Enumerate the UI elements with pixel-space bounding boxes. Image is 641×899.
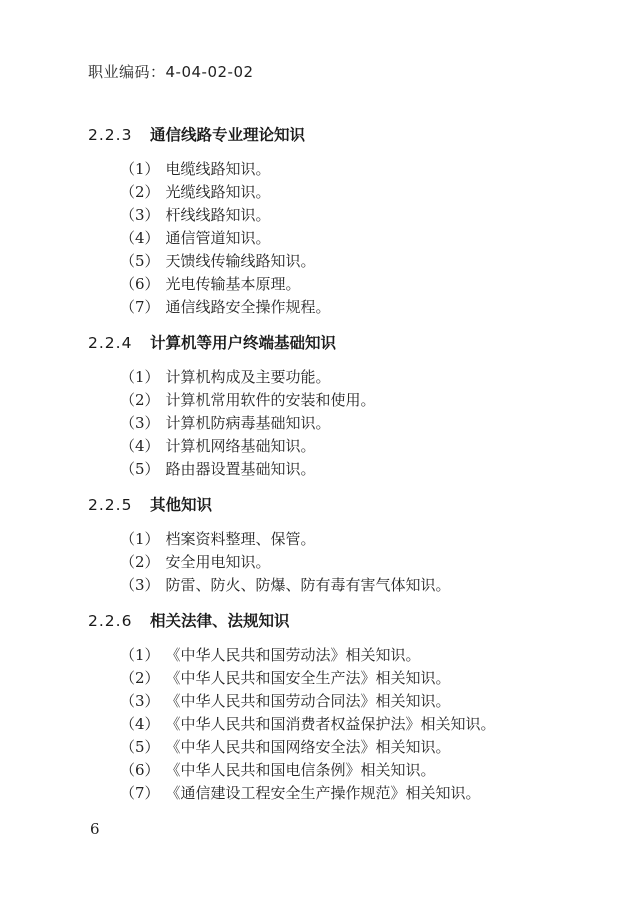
item-text: 计算机网络基础知识。 [166,437,316,455]
section-title: 通信线路专业理论知识 [150,126,305,144]
item-text: 《中华人民共和国网络安全法》相关知识。 [166,738,451,756]
list-item: （1）档案资料整理、保管。 [120,528,608,551]
item-index: （4） [120,713,160,736]
section-heading: 2.2.6相关法律、法规知识 [88,610,608,632]
section-list: （1）档案资料整理、保管。 （2）安全用电知识。 （3）防雷、防火、防爆、防有毒… [88,528,608,597]
section-title: 计算机等用户终端基础知识 [150,334,336,352]
item-index: （1） [120,644,160,667]
section-number: 2.2.4 [88,332,150,354]
list-item: （5）路由器设置基础知识。 [120,458,608,481]
item-text: 《通信建设工程安全生产操作规范》相关知识。 [166,784,481,802]
section-list: （1）《中华人民共和国劳动法》相关知识。 （2）《中华人民共和国安全生产法》相关… [88,644,608,805]
section-2-2-5: 2.2.5其他知识 （1）档案资料整理、保管。 （2）安全用电知识。 （3）防雷… [88,494,608,597]
section-title: 其他知识 [150,496,212,514]
item-text: 《中华人民共和国电信条例》相关知识。 [166,761,436,779]
item-index: （7） [120,296,160,319]
section-number: 2.2.5 [88,494,150,516]
item-index: （5） [120,250,160,273]
list-item: （5）天馈线传输线路知识。 [120,250,608,273]
item-text: 杆线线路知识。 [166,206,271,224]
section-title: 相关法律、法规知识 [150,612,290,630]
item-text: 《中华人民共和国劳动合同法》相关知识。 [166,692,451,710]
item-text: 计算机构成及主要功能。 [166,368,331,386]
item-index: （2） [120,667,160,690]
item-index: （6） [120,759,160,782]
item-text: 《中华人民共和国安全生产法》相关知识。 [166,669,451,687]
list-item: （1）电缆线路知识。 [120,158,608,181]
list-item: （3）《中华人民共和国劳动合同法》相关知识。 [120,690,608,713]
section-heading: 2.2.4计算机等用户终端基础知识 [88,332,608,354]
list-item: （3）杆线线路知识。 [120,204,608,227]
item-index: （4） [120,435,160,458]
list-item: （3）防雷、防火、防爆、防有毒有害气体知识。 [120,574,608,597]
document-page: 职业编码：4-04-02-02 2.2.3通信线路专业理论知识 （1）电缆线路知… [0,0,641,899]
item-text: 计算机防病毒基础知识。 [166,414,331,432]
item-index: （1） [120,528,160,551]
item-index: （2） [120,181,160,204]
list-item: （7）《通信建设工程安全生产操作规范》相关知识。 [120,782,608,805]
item-index: （4） [120,227,160,250]
item-index: （1） [120,158,160,181]
item-index: （3） [120,204,160,227]
section-number: 2.2.3 [88,124,150,146]
item-index: （7） [120,782,160,805]
list-item: （6）光电传输基本原理。 [120,273,608,296]
page-number: 6 [90,820,100,838]
item-text: 电缆线路知识。 [166,160,271,178]
item-index: （3） [120,412,160,435]
item-index: （5） [120,458,160,481]
list-item: （2）安全用电知识。 [120,551,608,574]
list-item: （7）通信线路安全操作规程。 [120,296,608,319]
item-text: 《中华人民共和国劳动法》相关知识。 [166,646,421,664]
item-index: （6） [120,273,160,296]
list-item: （2）计算机常用软件的安装和使用。 [120,389,608,412]
section-heading: 2.2.3通信线路专业理论知识 [88,124,608,146]
item-text: 光电传输基本原理。 [166,275,301,293]
item-index: （1） [120,366,160,389]
item-text: 防雷、防火、防爆、防有毒有害气体知识。 [166,576,451,594]
list-item: （4）通信管道知识。 [120,227,608,250]
list-item: （3）计算机防病毒基础知识。 [120,412,608,435]
item-text: 通信线路安全操作规程。 [166,298,331,316]
list-item: （5）《中华人民共和国网络安全法》相关知识。 [120,736,608,759]
occupation-code: 职业编码：4-04-02-02 [88,61,254,82]
section-list: （1）电缆线路知识。 （2）光缆线路知识。 （3）杆线线路知识。 （4）通信管道… [88,158,608,319]
list-item: （2）光缆线路知识。 [120,181,608,204]
item-text: 路由器设置基础知识。 [166,460,316,478]
item-index: （5） [120,736,160,759]
item-text: 《中华人民共和国消费者权益保护法》相关知识。 [166,715,496,733]
section-number: 2.2.6 [88,610,150,632]
list-item: （4）计算机网络基础知识。 [120,435,608,458]
section-2-2-4: 2.2.4计算机等用户终端基础知识 （1）计算机构成及主要功能。 （2）计算机常… [88,332,608,481]
item-index: （3） [120,574,160,597]
item-text: 计算机常用软件的安装和使用。 [166,391,376,409]
section-2-2-3: 2.2.3通信线路专业理论知识 （1）电缆线路知识。 （2）光缆线路知识。 （3… [88,124,608,319]
list-item: （1）计算机构成及主要功能。 [120,366,608,389]
section-2-2-6: 2.2.6相关法律、法规知识 （1）《中华人民共和国劳动法》相关知识。 （2）《… [88,610,608,805]
list-item: （4）《中华人民共和国消费者权益保护法》相关知识。 [120,713,608,736]
section-heading: 2.2.5其他知识 [88,494,608,516]
item-text: 通信管道知识。 [166,229,271,247]
section-list: （1）计算机构成及主要功能。 （2）计算机常用软件的安装和使用。 （3）计算机防… [88,366,608,481]
item-text: 光缆线路知识。 [166,183,271,201]
item-index: （3） [120,690,160,713]
list-item: （2）《中华人民共和国安全生产法》相关知识。 [120,667,608,690]
item-text: 档案资料整理、保管。 [166,530,316,548]
item-index: （2） [120,551,160,574]
list-item: （1）《中华人民共和国劳动法》相关知识。 [120,644,608,667]
item-index: （2） [120,389,160,412]
item-text: 安全用电知识。 [166,553,271,571]
list-item: （6）《中华人民共和国电信条例》相关知识。 [120,759,608,782]
item-text: 天馈线传输线路知识。 [166,252,316,270]
